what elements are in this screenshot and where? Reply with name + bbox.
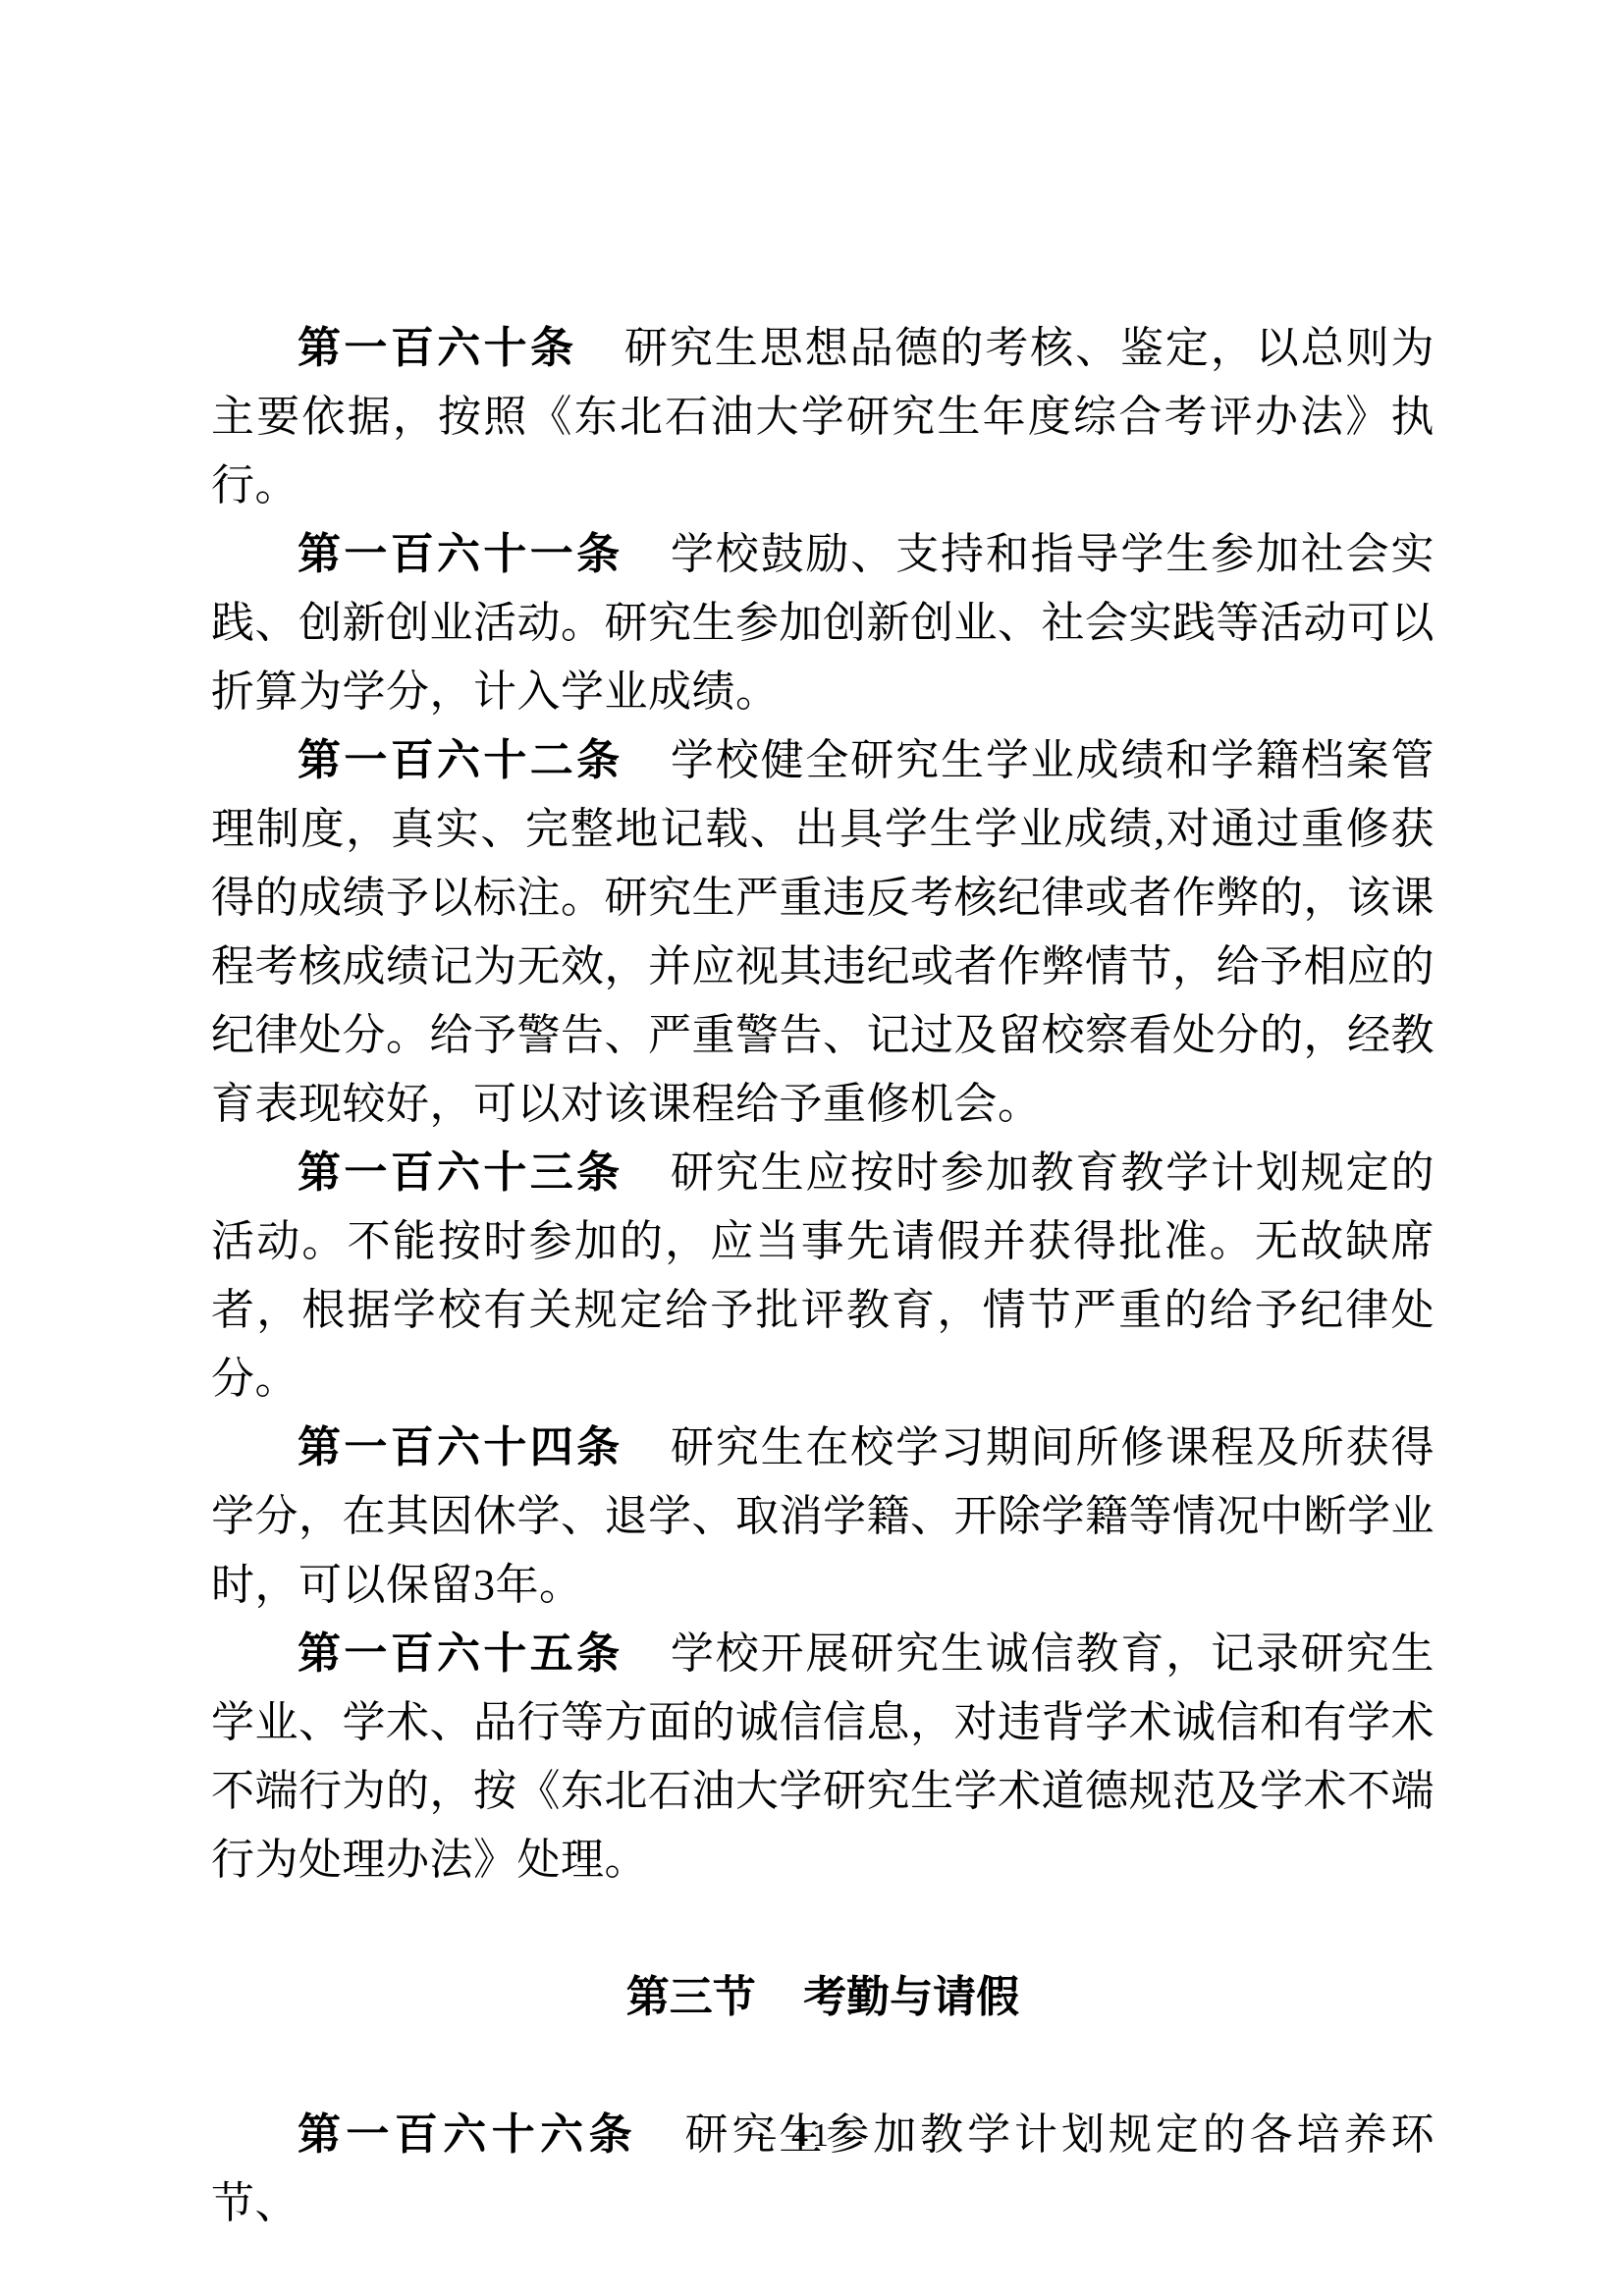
- article-text: 学校健全研究生学业成绩和学籍档案管理制度，真实、完整地记载、出具学生学业成绩,对…: [211, 736, 1435, 1128]
- section-heading: 第三节考勤与请假: [211, 1963, 1435, 2032]
- article-number: 第一百六十一条: [298, 530, 623, 578]
- article-paragraph: 第一百六十二条学校健全研究生学业成绩和学籍档案管理制度，真实、完整地记载、出具学…: [211, 726, 1435, 1139]
- document-body: 第一百六十条研究生思想品德的考核、鉴定，以总则为主要依据，按照《东北石油大学研究…: [211, 314, 1435, 2238]
- article-number: 第一百六十二条: [298, 736, 623, 784]
- article-number: 第一百六十四条: [298, 1423, 623, 1471]
- article-paragraph: 第一百六十三条研究生应按时参加教育教学计划规定的活动。不能按时参加的，应当事先请…: [211, 1139, 1435, 1414]
- section-heading-number: 第三节: [626, 1973, 756, 2021]
- document-page: 第一百六十条研究生思想品德的考核、鉴定，以总则为主要依据，按照《东北石油大学研究…: [0, 0, 1624, 2296]
- article-paragraph: 第一百六十条研究生思想品德的考核、鉴定，以总则为主要依据，按照《东北石油大学研究…: [211, 314, 1435, 520]
- article-paragraph: 第一百六十四条研究生在校学习期间所修课程及所获得学分，在其因休学、退学、取消学籍…: [211, 1414, 1435, 1620]
- article-number: 第一百六十条: [298, 324, 577, 372]
- article-paragraph: 第一百六十五条学校开展研究生诚信教育，记录研究生学业、学术、品行等方面的诚信信息…: [211, 1620, 1435, 1895]
- section-heading-title: 考勤与请假: [803, 1973, 1019, 2021]
- article-number: 第一百六十三条: [298, 1148, 623, 1197]
- article-paragraph: 第一百六十一条学校鼓励、支持和指导学生参加社会实践、创新创业活动。研究生参加创新…: [211, 520, 1435, 726]
- page-number: – 41 –: [0, 2116, 1624, 2156]
- article-number: 第一百六十五条: [298, 1629, 623, 1678]
